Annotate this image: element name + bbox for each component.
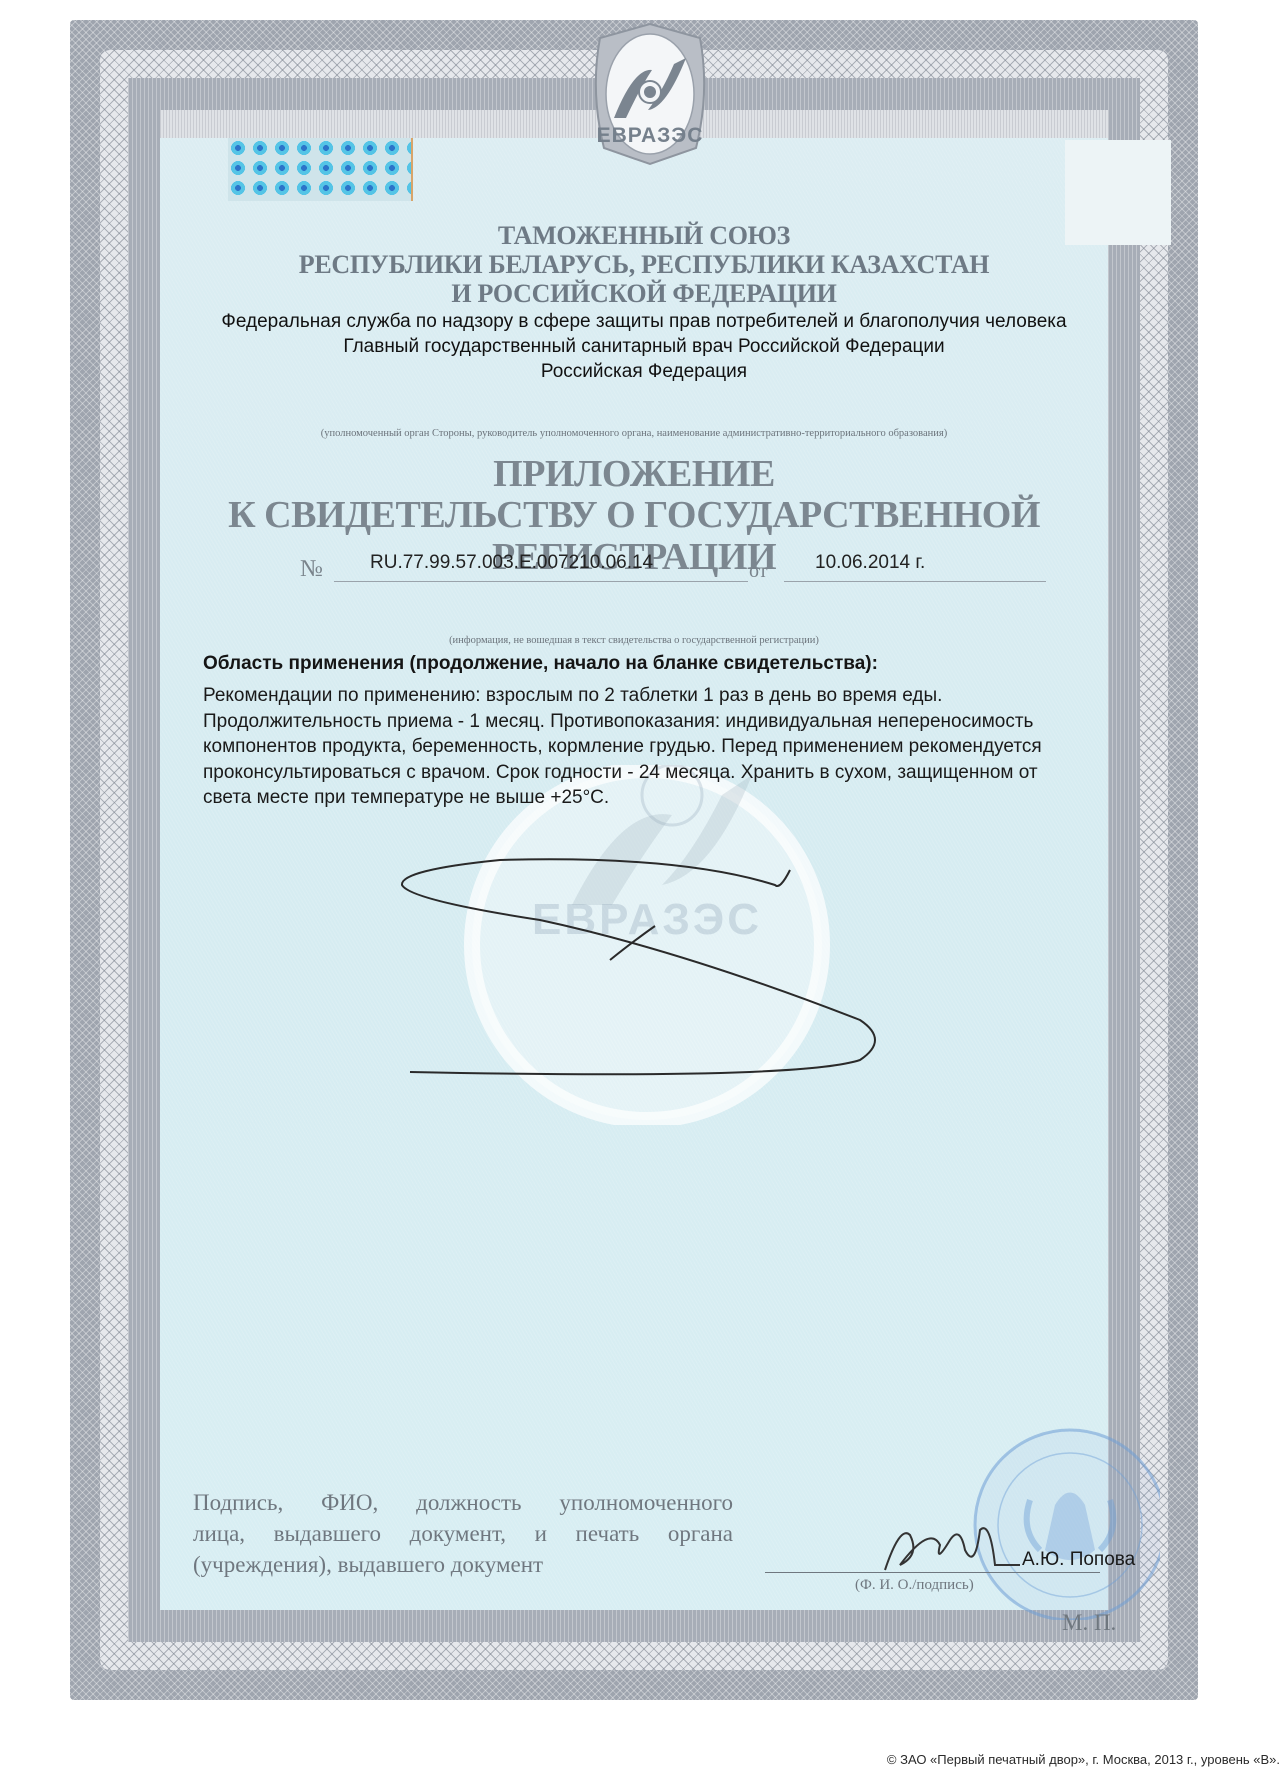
union-heading-line-2: РЕСПУБЛИКИ БЕЛАРУСЬ, РЕСПУБЛИКИ КАЗАХСТА… (170, 250, 1118, 279)
title-line-1: ПРИЛОЖЕНИЕ (160, 453, 1108, 495)
body-line: компонентов продукта, беременность, корм… (203, 734, 1103, 760)
body-line: Продолжительность приема - 1 месяц. Прот… (203, 709, 1103, 735)
registration-number: RU.77.99.57.003.E.007210.06.14 (370, 552, 653, 574)
body-line: Рекомендации по применению: взрослым по … (203, 683, 1103, 709)
date-underline (784, 581, 1046, 582)
number-underline (334, 581, 748, 582)
union-heading-line-1: ТАМОЖЕННЫЙ СОЮЗ (170, 221, 1118, 250)
signature-underline (765, 1572, 1100, 1573)
authority-line-3: Российская Федерация (170, 359, 1118, 384)
registration-row: № RU.77.99.57.003.E.007210.06.14 от 10.0… (300, 548, 1045, 584)
date-label: от (749, 560, 767, 583)
number-label: № (300, 556, 323, 583)
section-title: Область применения (продолжение, начало … (203, 653, 878, 675)
signature-caption: Подпись, ФИО, должность уполномоченного … (193, 1487, 733, 1580)
handwritten-signature (880, 1515, 1020, 1580)
printer-footer: © ЗАО «Первый печатный двор», г. Москва,… (640, 1752, 1280, 1767)
signature-subcaption: (Ф. И. О./подпись) (855, 1577, 974, 1594)
union-heading-line-3: И РОССИЙСКОЙ ФЕДЕРАЦИИ (170, 279, 1118, 308)
authority-line-2: Главный государственный санитарный врач … (170, 334, 1118, 359)
seal-label: М. П. (1062, 1610, 1116, 1636)
signature-caption-line: Подпись, ФИО, должность уполномоченного (193, 1487, 733, 1518)
hologram-sticker (228, 138, 413, 201)
registration-date: 10.06.2014 г. (815, 552, 925, 574)
signature-caption-line: лица, выдавшего документ, и печать орган… (193, 1518, 733, 1549)
blank-space-z-line (380, 760, 900, 1100)
eaeu-emblem: ЕВРАЗЭС (590, 18, 710, 166)
authority-line-1: Федеральная служба по надзору в сфере за… (170, 309, 1118, 334)
signatory-name: А.Ю. Попова (1022, 1549, 1135, 1571)
signature-caption-line: (учреждения), выдавшего документ (193, 1549, 733, 1580)
emblem-label: ЕВРАЗЭС (590, 124, 710, 148)
authority-caption: (уполномоченный орган Стороны, руководит… (160, 428, 1108, 439)
info-caption: (информация, не вошедшая в текст свидете… (160, 635, 1108, 646)
